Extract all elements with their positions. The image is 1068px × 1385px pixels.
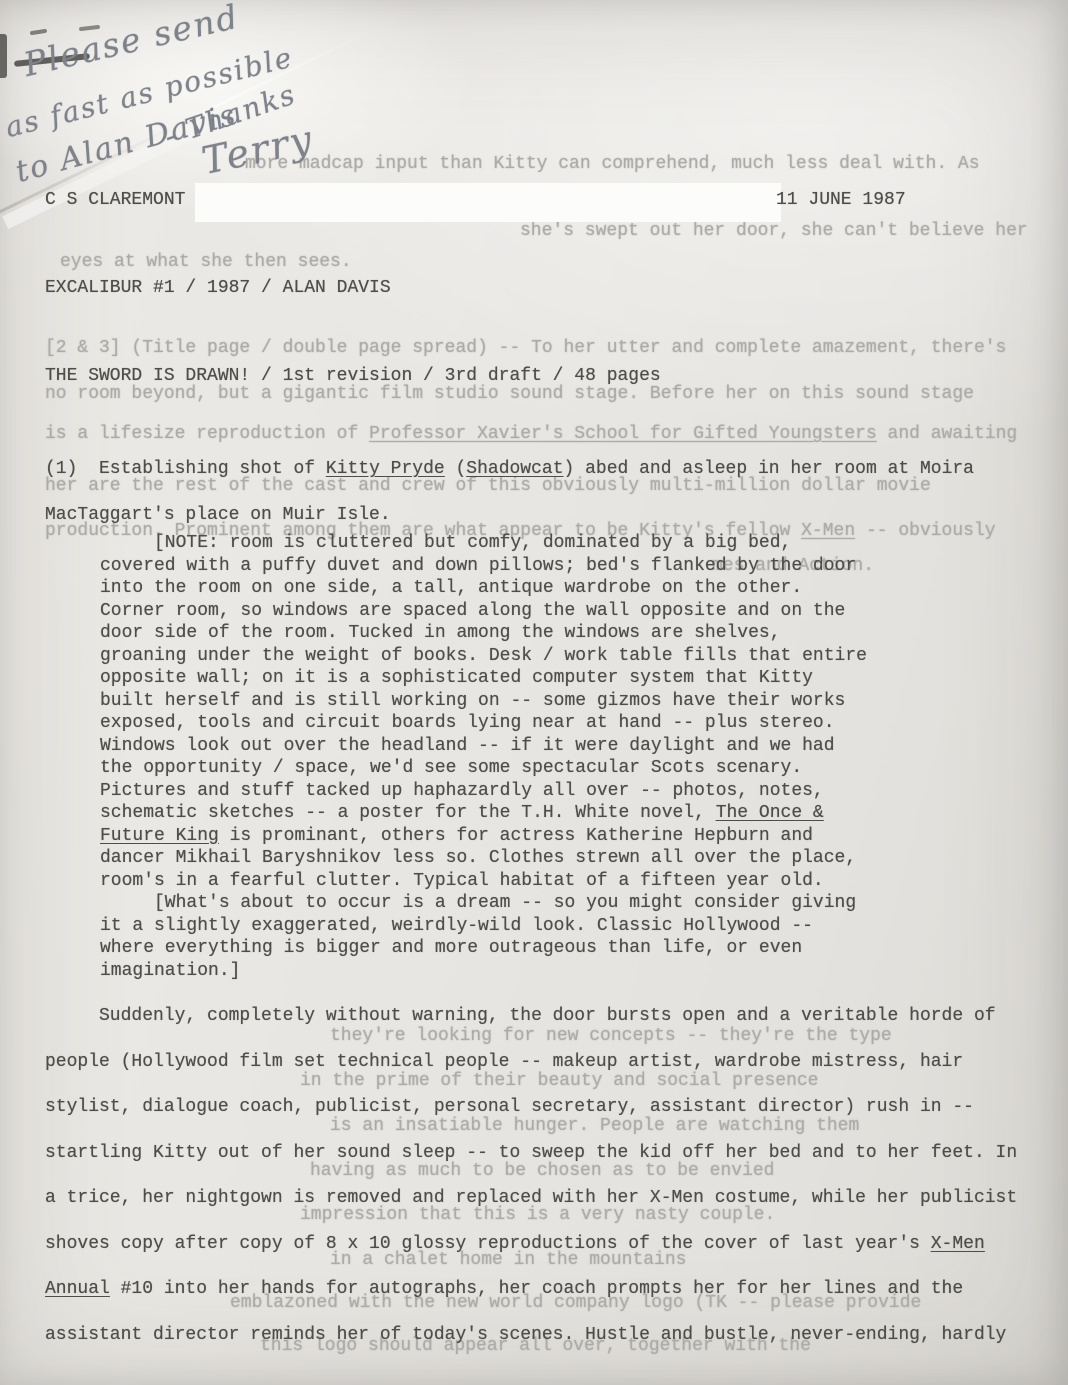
ghost-line: more madcap input than Kitty can compreh… (245, 154, 980, 174)
note-line: [NOTE: room is cluttered but comfy, domi… (100, 532, 867, 555)
redaction-box (195, 183, 781, 222)
note-line: built herself and is still working on --… (100, 690, 867, 713)
note-block: [NOTE: room is cluttered but comfy, domi… (100, 532, 867, 982)
panel-description-line: (1) Establishing shot of Kitty Pryde (Sh… (45, 446, 974, 492)
paragraph-line: assistant director reminds her of today'… (45, 1313, 1017, 1359)
note-line: covered with a puffy duvet and down pill… (100, 555, 867, 578)
note-line: exposed, tools and circuit boards lying … (100, 712, 867, 735)
paragraph-line: people (Hollywood film set technical peo… (45, 1040, 1017, 1086)
ghost-line: is a lifesize reproduction of Professor … (45, 424, 1017, 444)
paragraph-line: startling Kitty out of her sound sleep -… (45, 1131, 1017, 1177)
paragraph-line: a trice, her nightgown is removed and re… (45, 1176, 1017, 1222)
note-line: where everything is bigger and more outr… (100, 937, 867, 960)
note-line: the opportunity / space, we'd see some s… (100, 757, 867, 780)
script-title-line: THE SWORD IS DRAWN! / 1st revision / 3rd… (45, 366, 661, 386)
paragraph-line: Annual #10 into her hands for autographs… (45, 1267, 1017, 1313)
note-line: Future King is prominant, others for act… (100, 825, 867, 848)
document-page: more madcap input than Kitty can compreh… (0, 0, 1068, 1385)
note-line: dancer Mikhail Baryshnikov less so. Clot… (100, 847, 867, 870)
note-line: room's in a fearful clutter. Typical hab… (100, 870, 867, 893)
closing-paragraph: Suddenly, completely without warning, th… (45, 994, 1017, 1358)
paragraph-line: Suddenly, completely without warning, th… (45, 994, 1017, 1040)
note-line: door side of the room. Tucked in among t… (100, 622, 867, 645)
note-line: groaning under the weight of books. Desk… (100, 645, 867, 668)
ghost-line: no room beyond, but a gigantic film stud… (45, 384, 974, 404)
note-line: schematic sketches -- a poster for the T… (100, 802, 867, 825)
pencil-dash-mark (30, 29, 47, 36)
ghost-line: eyes at what she then sees. (60, 252, 352, 272)
panel-1-description: (1) Establishing shot of Kitty Pryde (Sh… (45, 446, 974, 538)
ghost-line: [2 & 3] (Title page / double page spread… (45, 338, 1006, 358)
note-line: Windows look out over the headland -- if… (100, 735, 867, 758)
edge-ink-mark (0, 34, 7, 78)
note-line: into the room on one side, a tall, antiq… (100, 577, 867, 600)
note-line: Pictures and stuff tacked up haphazardly… (100, 780, 867, 803)
note-line: imagination.] (100, 960, 867, 983)
document-date: 11 JUNE 1987 (776, 190, 906, 210)
note-line: [What's about to occur is a dream -- so … (100, 892, 867, 915)
author-name: C S CLAREMONT (45, 190, 185, 210)
ghost-line: she's swept out her door, she can't beli… (520, 221, 1028, 241)
paragraph-line: shoves copy after copy of 8 x 10 glossy … (45, 1222, 1017, 1268)
note-line: opposite wall; on it is a sophisticated … (100, 667, 867, 690)
project-title-line: EXCALIBUR #1 / 1987 / ALAN DAVIS (45, 278, 391, 298)
paragraph-line: stylist, dialogue coach, publicist, pers… (45, 1085, 1017, 1131)
note-line: Corner room, so windows are spaced along… (100, 600, 867, 623)
note-line: it a slightly exaggerated, weirdly-wild … (100, 915, 867, 938)
